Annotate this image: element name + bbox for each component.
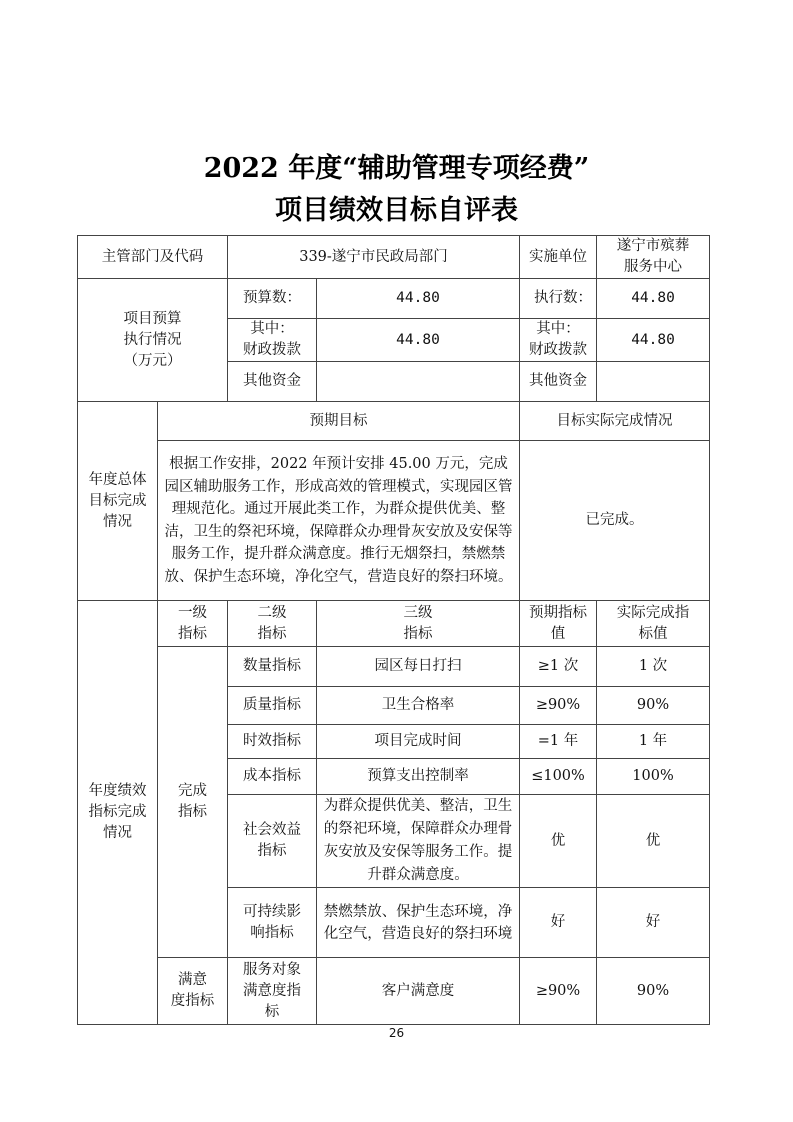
level2-line2: 满意度指: [232, 981, 312, 1002]
level3-header: 三级 指标: [317, 601, 520, 647]
expected-cell: ≥1 次: [520, 647, 597, 687]
actual-header-line2: 标值: [601, 624, 705, 645]
expected-cell: ≥90%: [520, 687, 597, 725]
fiscal-label-line1: 其中：: [232, 319, 312, 340]
level1-header: 一级 指标: [158, 601, 228, 647]
budget-label-line1: 项目预算: [82, 309, 223, 330]
level1-header-line1: 一级: [162, 603, 223, 624]
performance-self-evaluation-table: 主管部门及代码 339-遂宁市民政局部门 实施单位 遂宁市殡葬 服务中心 项目预…: [77, 235, 710, 1025]
satisfaction-group-line2: 度指标: [162, 991, 223, 1012]
level2-line1: 社会效益: [232, 820, 312, 841]
annual-goal-section-label: 年度总体 目标完成 情况: [78, 402, 158, 601]
dept-value: 339-遂宁市民政局部门: [228, 236, 520, 279]
budget-section-label: 项目预算 执行情况 （万元）: [78, 279, 228, 402]
expected-cell: =1 年: [520, 725, 597, 759]
expected-goal-text: 根据工作安排，2022 年预计安排 45.00 万元，完成园区辅助服务工作，形成…: [158, 441, 520, 601]
document-title-line1: 2022 年度“辅助管理专项经费”: [0, 152, 793, 186]
level3-cell: 预算支出控制率: [317, 759, 520, 795]
goal-label-line3: 情况: [82, 512, 153, 533]
actual-cell: 1 次: [597, 647, 710, 687]
budget-amount-label: 预算数：: [228, 279, 317, 319]
level3-cell: 为群众提供优美、整洁，卫生的祭祀环境，保障群众办理骨灰安放及安保等服务工作。提升…: [317, 795, 520, 888]
other-funds-exec-value: [597, 362, 710, 402]
impl-unit-label: 实施单位: [520, 236, 597, 279]
actual-cell: 1 年: [597, 725, 710, 759]
level3-cell: 园区每日打扫: [317, 647, 520, 687]
other-funds-exec-label: 其他资金: [520, 362, 597, 402]
actual-goal-text: 已完成。: [520, 441, 710, 601]
exec-amount-label: 执行数：: [520, 279, 597, 319]
satisfaction-indicator-group: 满意 度指标: [158, 958, 228, 1025]
expected-header-line2: 值: [524, 624, 592, 645]
level2-line2: 指标: [232, 841, 312, 862]
performance-section-label: 年度绩效 指标完成 情况: [78, 601, 158, 1025]
actual-header-line1: 实际完成指: [601, 603, 705, 624]
fiscal-exec-label: 其中： 财政拨款: [520, 319, 597, 362]
level2-cell: 数量指标: [228, 647, 317, 687]
goal-content-row: 根据工作安排，2022 年预计安排 45.00 万元，完成园区辅助服务工作，形成…: [78, 441, 710, 601]
expected-header-line1: 预期指标: [524, 603, 592, 624]
expected-cell: 优: [520, 795, 597, 888]
actual-goal-header: 目标实际完成情况: [520, 402, 710, 441]
fiscal-exec-label-line1: 其中：: [524, 319, 592, 340]
level3-header-line2: 指标: [321, 624, 515, 645]
level3-cell: 卫生合格率: [317, 687, 520, 725]
fiscal-budget-label: 其中： 财政拨款: [228, 319, 317, 362]
level3-header-line1: 三级: [321, 603, 515, 624]
completion-indicator-group: 完成 指标: [158, 647, 228, 958]
actual-cell: 100%: [597, 759, 710, 795]
level3-cell: 客户满意度: [317, 958, 520, 1025]
exec-amount-value: 44.80: [597, 279, 710, 319]
level2-header: 二级 指标: [228, 601, 317, 647]
other-funds-label: 其他资金: [228, 362, 317, 402]
level3-cell: 禁燃禁放、保护生态环境，净化空气，营造良好的祭扫环境: [317, 888, 520, 958]
page-number: 26: [0, 1026, 793, 1040]
actual-cell: 90%: [597, 958, 710, 1025]
actual-cell: 90%: [597, 687, 710, 725]
budget-row: 项目预算 执行情况 （万元） 预算数： 44.80 执行数： 44.80: [78, 279, 710, 319]
fiscal-exec-label-line2: 财政拨款: [524, 340, 592, 361]
actual-cell: 好: [597, 888, 710, 958]
level2-header-line2: 指标: [232, 624, 312, 645]
level2-cell: 时效指标: [228, 725, 317, 759]
level2-cell: 质量指标: [228, 687, 317, 725]
perf-label-line2: 指标完成: [82, 802, 153, 823]
level2-cell: 服务对象 满意度指 标: [228, 958, 317, 1025]
actual-value-header: 实际完成指 标值: [597, 601, 710, 647]
impl-unit-line1: 遂宁市殡葬: [601, 236, 705, 257]
expected-goal-header: 预期目标: [158, 402, 520, 441]
budget-label-line2: 执行情况: [82, 330, 223, 351]
goal-header-row: 年度总体 目标完成 情况 预期目标 目标实际完成情况: [78, 402, 710, 441]
goal-label-line2: 目标完成: [82, 491, 153, 512]
impl-unit-value: 遂宁市殡葬 服务中心: [597, 236, 710, 279]
expected-value-header: 预期指标 值: [520, 601, 597, 647]
level2-line3: 标: [232, 1002, 312, 1023]
actual-cell: 优: [597, 795, 710, 888]
document-title-line2: 项目绩效目标自评表: [0, 194, 793, 228]
level2-cell: 成本指标: [228, 759, 317, 795]
expected-cell: ≤100%: [520, 759, 597, 795]
perf-label-line1: 年度绩效: [82, 781, 153, 802]
budget-amount-value: 44.80: [317, 279, 520, 319]
other-funds-budget-value: [317, 362, 520, 402]
completion-group-line1: 完成: [162, 781, 223, 802]
satisfaction-group-line1: 满意: [162, 970, 223, 991]
fiscal-budget-value: 44.80: [317, 319, 520, 362]
completion-group-line2: 指标: [162, 802, 223, 823]
fiscal-label-line2: 财政拨款: [232, 340, 312, 361]
table-row: 完成 指标 数量指标 园区每日打扫 ≥1 次 1 次: [78, 647, 710, 687]
level2-cell: 社会效益 指标: [228, 795, 317, 888]
impl-unit-line2: 服务中心: [601, 257, 705, 278]
level3-cell: 项目完成时间: [317, 725, 520, 759]
table-row: 满意 度指标 服务对象 满意度指 标 客户满意度 ≥90% 90%: [78, 958, 710, 1025]
perf-label-line3: 情况: [82, 823, 153, 844]
level2-line1: 服务对象: [232, 960, 312, 981]
level2-header-line1: 二级: [232, 603, 312, 624]
level2-line2: 响指标: [232, 923, 312, 944]
goal-label-line1: 年度总体: [82, 470, 153, 491]
expected-cell: ≥90%: [520, 958, 597, 1025]
level1-header-line2: 指标: [162, 624, 223, 645]
expected-cell: 好: [520, 888, 597, 958]
fiscal-exec-value: 44.80: [597, 319, 710, 362]
dept-label: 主管部门及代码: [78, 236, 228, 279]
level2-cell: 可持续影 响指标: [228, 888, 317, 958]
budget-label-line3: （万元）: [82, 351, 223, 372]
indicator-header-row: 年度绩效 指标完成 情况 一级 指标 二级 指标 三级 指标 预期指标 值 实际…: [78, 601, 710, 647]
dept-row: 主管部门及代码 339-遂宁市民政局部门 实施单位 遂宁市殡葬 服务中心: [78, 236, 710, 279]
level2-line1: 可持续影: [232, 902, 312, 923]
